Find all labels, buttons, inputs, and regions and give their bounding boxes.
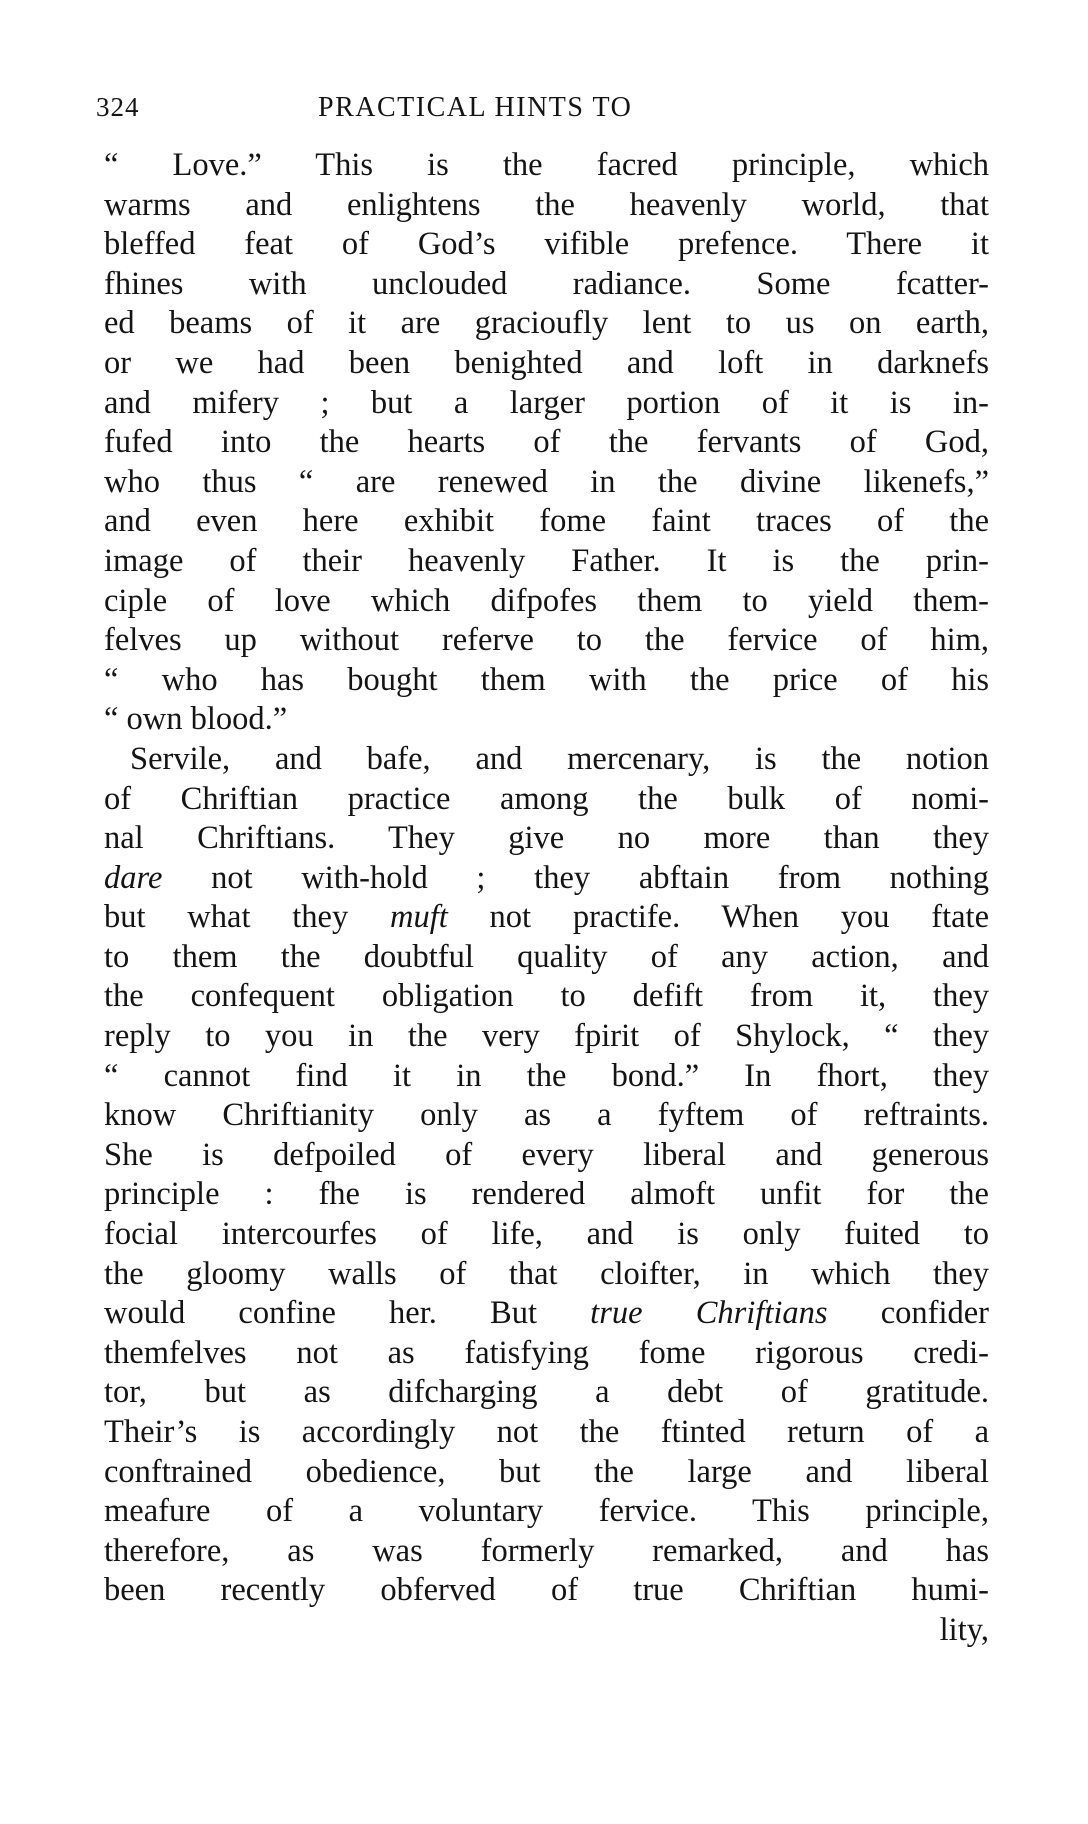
text-segment: would confine her. But	[104, 1295, 537, 1331]
text-line: or we had been benighted and loft in dar…	[104, 344, 989, 384]
text-line: and mifery ; but a larger portion of it …	[104, 384, 989, 424]
italic-phrase: true Chriftians	[590, 1295, 827, 1331]
text-line: Their’s is accordingly not the ftinted r…	[104, 1413, 989, 1453]
text-line: reply to you in the very fpirit of Shylo…	[104, 1017, 989, 1057]
text-line: ed beams of it are gracioufly lent to us…	[104, 304, 989, 344]
text-line: tor, but as difcharging a debt of gratit…	[104, 1373, 989, 1413]
italic-word: muft	[390, 899, 448, 935]
text-line: principle : fhe is rendered almoft unfit…	[104, 1175, 989, 1215]
text-line: “ cannot find it in the bond.” In fhort,…	[104, 1057, 989, 1097]
running-title: PRACTICAL HINTS TO	[318, 92, 632, 124]
text-segment: but what they	[104, 899, 348, 935]
text-line: image of their heavenly Father. It is th…	[104, 542, 989, 582]
body-text: “ Love.” This is the facred principle, w…	[104, 146, 989, 1651]
text-line: to them the doubtful quality of any acti…	[104, 938, 989, 978]
running-head: 324 PRACTICAL HINTS TO	[96, 92, 996, 132]
text-segment: confider	[881, 1295, 989, 1331]
text-line: the gloomy walls of that cloifter, in wh…	[104, 1255, 989, 1295]
text-line: bleffed feat of God’s vifible prefence. …	[104, 225, 989, 265]
text-line: felves up without referve to the fervice…	[104, 621, 989, 661]
text-line: “ who has bought them with the price of …	[104, 661, 989, 701]
text-line: “ Love.” This is the facred principle, w…	[104, 146, 989, 186]
text-line: therefore, as was formerly remarked, and…	[104, 1532, 989, 1572]
italic-word: dare	[104, 860, 162, 896]
page-number: 324	[96, 92, 140, 123]
text-line: meafure of a voluntary fervice. This pri…	[104, 1492, 989, 1532]
text-line: themfelves not as fatisfying fome rigoro…	[104, 1334, 989, 1374]
text-segment: not with-hold ; they abftain from nothin…	[211, 860, 989, 896]
text-line: been recently obferved of true Chriftian…	[104, 1571, 989, 1611]
text-line: nal Chriftians. They give no more than t…	[104, 819, 989, 859]
text-line: know Chriftianity only as a fyftem of re…	[104, 1096, 989, 1136]
text-line: the confequent obligation to defift from…	[104, 977, 989, 1017]
text-line: fhines with unclouded radiance. Some fca…	[104, 265, 989, 305]
text-line: who thus “ are renewed in the divine lik…	[104, 463, 989, 503]
text-line: conftrained obedience, but the large and…	[104, 1453, 989, 1493]
text-line-with-italic: dare not with-hold ; they abftain from n…	[104, 859, 989, 899]
text-line: and even here exhibit fome faint traces …	[104, 502, 989, 542]
text-line: She is defpoiled of every liberal and ge…	[104, 1136, 989, 1176]
paragraph-start-line: Servile, and bafe, and mercenary, is the…	[104, 740, 989, 780]
catchword: lity,	[104, 1611, 989, 1651]
text-line: ciple of love which difpofes them to yie…	[104, 582, 989, 622]
text-segment: not practife. When you ftate	[490, 899, 989, 935]
text-line-with-italic: but what they muft not practife. When yo…	[104, 898, 989, 938]
text-line: fufed into the hearts of the fervants of…	[104, 423, 989, 463]
text-line: focial intercourfes of life, and is only…	[104, 1215, 989, 1255]
text-line-with-italic: would confine her. But true Chriftians c…	[104, 1294, 989, 1334]
text-line: warms and enlightens the heavenly world,…	[104, 186, 989, 226]
text-line: “ own blood.”	[104, 700, 989, 740]
book-page: 324 PRACTICAL HINTS TO “ Love.” This is …	[0, 0, 1088, 1824]
text-line: of Chriftian practice among the bulk of …	[104, 780, 989, 820]
